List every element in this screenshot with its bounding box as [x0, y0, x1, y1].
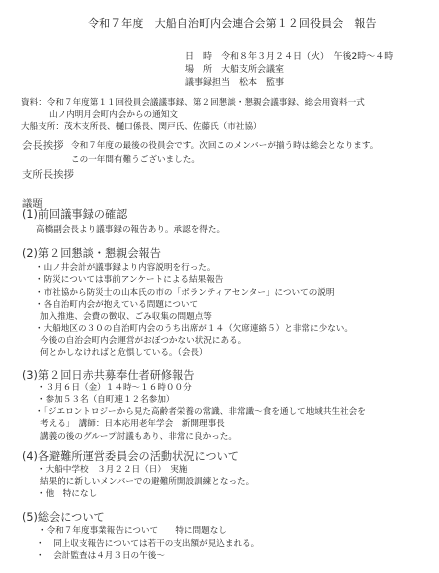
agenda-item-5-line: ・ 同上収支報告については若干の支出額が見込まれる。	[36, 537, 259, 549]
agenda-item-4-line: 結果的に新しいメンバーでの避難所開設訓練となった。	[40, 475, 254, 487]
agenda-item-2-line: ・防災については事前アンケートによる結果報告	[35, 273, 223, 285]
meeting-datetime: 日 時 令和８年３月２４日（火） 午後2時～４時	[185, 49, 393, 62]
agenda-item-5-heading: (5)総会について	[22, 509, 105, 525]
agenda-item-4-line: ・大船中学校 ３月２２日（日） 実施	[37, 463, 187, 475]
agenda-item-2-line: 今後の自治会町内会運営がおぼつかない状況にある。	[40, 334, 246, 346]
agenda-item-3-line: 考える」 講師：日本応用老年学会 新開理事長	[40, 417, 225, 429]
agenda-item-2-line: ・市社協から防災士の山本氏の市の「ボランティアセンター」についての説明	[35, 286, 335, 298]
agenda-item-4-line: ・他 特になし	[37, 487, 97, 499]
chair-greeting-text-2: この一年間有難うございました。	[71, 153, 200, 165]
chair-greeting-text: 令和７年度の最後の役員会です。次回このメンバーが揃う時は総会となります。	[71, 139, 378, 151]
agenda-item-3-line: ・３月６日（金）１４時～１６時００分	[37, 381, 192, 393]
branch-attendees: 大船支所：茂木支所長、樋口係長、関戸氏、佐藤氏（市社協）	[21, 120, 262, 132]
agenda-item-1-line: 高橋副会長より議事録の報告あり。承認を得た。	[36, 223, 225, 235]
agenda-item-2-heading: (2)第２回懇談・懇親会報告	[22, 245, 161, 261]
meeting-recorder: 議事録担当 松本 監事	[185, 75, 284, 88]
materials-line: 資料：令和７年度第１１回役員会議議事録、第２回懇談・懇親会議事録、総会用資料一式	[21, 96, 365, 108]
branch-greeting-label: 支所長挨拶	[22, 166, 74, 181]
agenda-item-3-line: 講義の後のグループ討議もあり、非常に良かった。	[40, 430, 237, 442]
agenda-item-1-heading: (1)前回議事録の確認	[22, 206, 127, 222]
chair-greeting-label: 会長挨拶	[22, 137, 64, 152]
agenda-item-2-line: 何とかしなければと危惧している。（会長）	[40, 346, 208, 358]
document-title: 令和７年度 大船自治町内会連合会第１２回役員会 報告	[88, 15, 377, 31]
agenda-item-2-line: 加入推進、会費の徴収、ごみ収集の問題点等	[40, 310, 212, 322]
materials-line-2: 山ノ内明月会町内会からの通知文	[49, 108, 178, 120]
agenda-item-2-line: ・各自治町内会が抱えている問題について	[35, 298, 198, 310]
agenda-item-2-line: ・大船地区の３０の自治町内会のうち出席が１４（欠席連絡５）と非常に少ない。	[35, 322, 353, 334]
agenda-item-2-line: ・山ノ井会計が議事録より内容説明を行った。	[35, 261, 215, 273]
agenda-item-3-line: ・「ジエロントロジーから見た高齢者栄養の常識、非常識～食を通して地域共生社会を	[35, 405, 366, 417]
agenda-item-3-line: ・参加５３名（自町連１２名参加）	[37, 393, 175, 405]
agenda-item-5-line: ・令和７年度事業報告について 特に問題なし	[38, 524, 227, 536]
agenda-item-5-line: ・ 会計監査は４月３日の午後～	[36, 549, 165, 561]
document-page: 令和７年度 大船自治町内会連合会第１２回役員会 報告 日 時 令和８年３月２４日…	[0, 0, 439, 573]
agenda-item-4-heading: (4)各避難所運営委員会の活動状況について	[22, 448, 239, 464]
meeting-place: 場 所 大船支所会議室	[185, 62, 284, 75]
